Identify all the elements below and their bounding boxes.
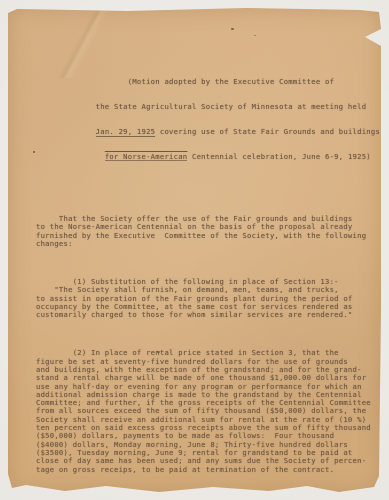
typed-line: changes: (36, 240, 376, 248)
header-block: (Motion adopted by the Executive Committ… (36, 62, 376, 178)
paper-speck (254, 35, 256, 36)
typed-line: customarily charged to those for whom si… (36, 311, 376, 319)
underlined-date: Jan. 29, 1925 (96, 127, 156, 137)
typed-text: (Motion adopted by the Executive Committ… (36, 37, 376, 500)
header-line-4-indent (36, 152, 105, 161)
opening-paragraph: That the Society offer the use of the Fa… (36, 215, 376, 248)
scan-background: (Motion adopted by the Executive Committ… (0, 0, 389, 500)
header-line-4-rest: Centennial celebration, June 6-9, 1925) (187, 152, 371, 161)
header-line-3-rest: covering use of State Fair Grounds and b… (155, 127, 380, 136)
paper-speck (33, 151, 35, 153)
header-line-2: the State Agricultural Society of Minnes… (36, 103, 376, 111)
header-line-3-indent (36, 127, 96, 136)
change-item-1: (1) Substitution of the following in pla… (36, 278, 376, 319)
change-item-2: (2) In place of rental price stated in S… (36, 349, 376, 473)
paper-speck (231, 28, 234, 30)
header-line-4: for Norse-American Centennial celebratio… (36, 153, 376, 161)
header-line-3: Jan. 29, 1925 covering use of State Fair… (36, 128, 376, 136)
overlined-phrase: for Norse-American (105, 152, 188, 161)
typed-line: tage on gross receips, to be paid at ter… (36, 466, 376, 474)
header-line-1: (Motion adopted by the Executive Committ… (36, 78, 376, 86)
typed-line: furnished by the Executive Committee of … (36, 232, 376, 240)
document-paper: (Motion adopted by the Executive Committ… (8, 8, 381, 493)
